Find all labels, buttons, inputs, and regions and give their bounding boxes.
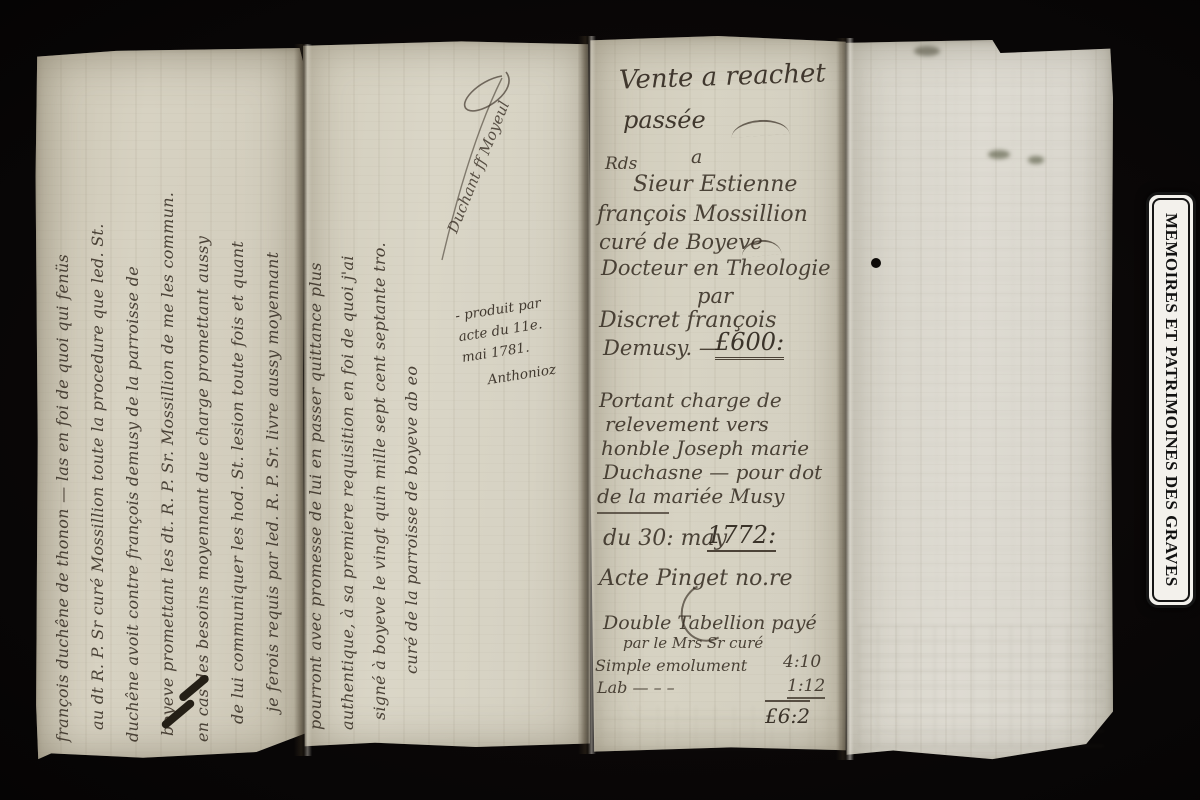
handwriting-line: Double Tabellion payé (603, 612, 817, 634)
handwriting-line: boyeve promettant les dt. R. P. Sr. Moss… (150, 66, 185, 736)
handwriting-line: relevement vers (605, 412, 769, 436)
handwriting-line: Demusy. — (603, 336, 720, 360)
handwriting-line: Rds (605, 154, 637, 174)
panel1-handwriting: françois duchêne de thonon — las en foi … (45, 66, 297, 742)
handwriting-line: par le Mrs Sr curé (623, 634, 763, 652)
handwriting-line: Docteur en Theologie (601, 256, 831, 280)
handwriting-line: françois duchêne de thonon — las en foi … (45, 66, 80, 742)
handwriting-line: pourront avec promesse de lui en passer … (300, 70, 332, 730)
stain-smudge (914, 46, 940, 56)
signature: Duchant ff Moyeul (424, 62, 524, 272)
fee-label: Simple emolument (595, 656, 747, 675)
archive-label: MEMOIRES ET PATRIMOINES DES GRAVES (1146, 192, 1196, 608)
handwriting-line: Sieur Estienne (633, 172, 797, 197)
handwriting-line: de lui communiquer les hod. St. lesion t… (220, 66, 255, 724)
handwriting-line: a (691, 146, 702, 168)
ink-bleed-through (858, 625, 1104, 747)
archive-label-border: MEMOIRES ET PATRIMOINES DES GRAVES (1152, 198, 1190, 602)
ink-bleed-through (600, 706, 840, 750)
sale-price: £600: (715, 328, 784, 360)
photo-background: Vente a reachet passée Rds a Sieur Estie… (0, 0, 1200, 800)
handwriting-line: françois Mossillion (597, 202, 808, 227)
handwriting-line: duchêne avoit contre françois demusy de … (115, 66, 150, 742)
archive-label-text: MEMOIRES ET PATRIMOINES DES GRAVES (1161, 213, 1181, 587)
handwriting-line: je ferois requis par led. R. P. Sr. livr… (255, 66, 290, 712)
handwriting-line: honble Joseph marie (601, 436, 809, 460)
date-year: 1772: (707, 521, 776, 552)
handwriting-line: en cas des besoins moyennant due charge … (185, 66, 220, 742)
handwriting-line: authentique, à sa premiere requisition e… (332, 70, 364, 730)
pen-underline (597, 512, 669, 514)
handwriting-line: par (697, 284, 733, 308)
fee-amount-1: 4:10 (783, 652, 821, 672)
handwriting-line: Portant charge de (599, 388, 782, 412)
ink-bleed-through (860, 70, 1100, 610)
document-panel-title: Vente a reachet passée Rds a Sieur Estie… (589, 36, 847, 756)
handwriting-line: au dt R. P. Sr curé Mossillion toute la … (80, 66, 115, 730)
fee-amount-2: 1:12 (787, 676, 825, 699)
handwriting-line: de la mariée Musy (597, 484, 784, 508)
fee-label: Lab — – – (597, 678, 675, 697)
panel2-handwriting: pourront avec promesse de lui en passer … (300, 70, 432, 730)
handwriting-line: signé à boyeve le vingt quin mille sept … (364, 70, 396, 720)
handwriting-line: curé de Boyeve (599, 230, 763, 254)
title-line: passée (623, 106, 706, 134)
handwriting-line: Duchasne — pour dot (603, 460, 822, 484)
